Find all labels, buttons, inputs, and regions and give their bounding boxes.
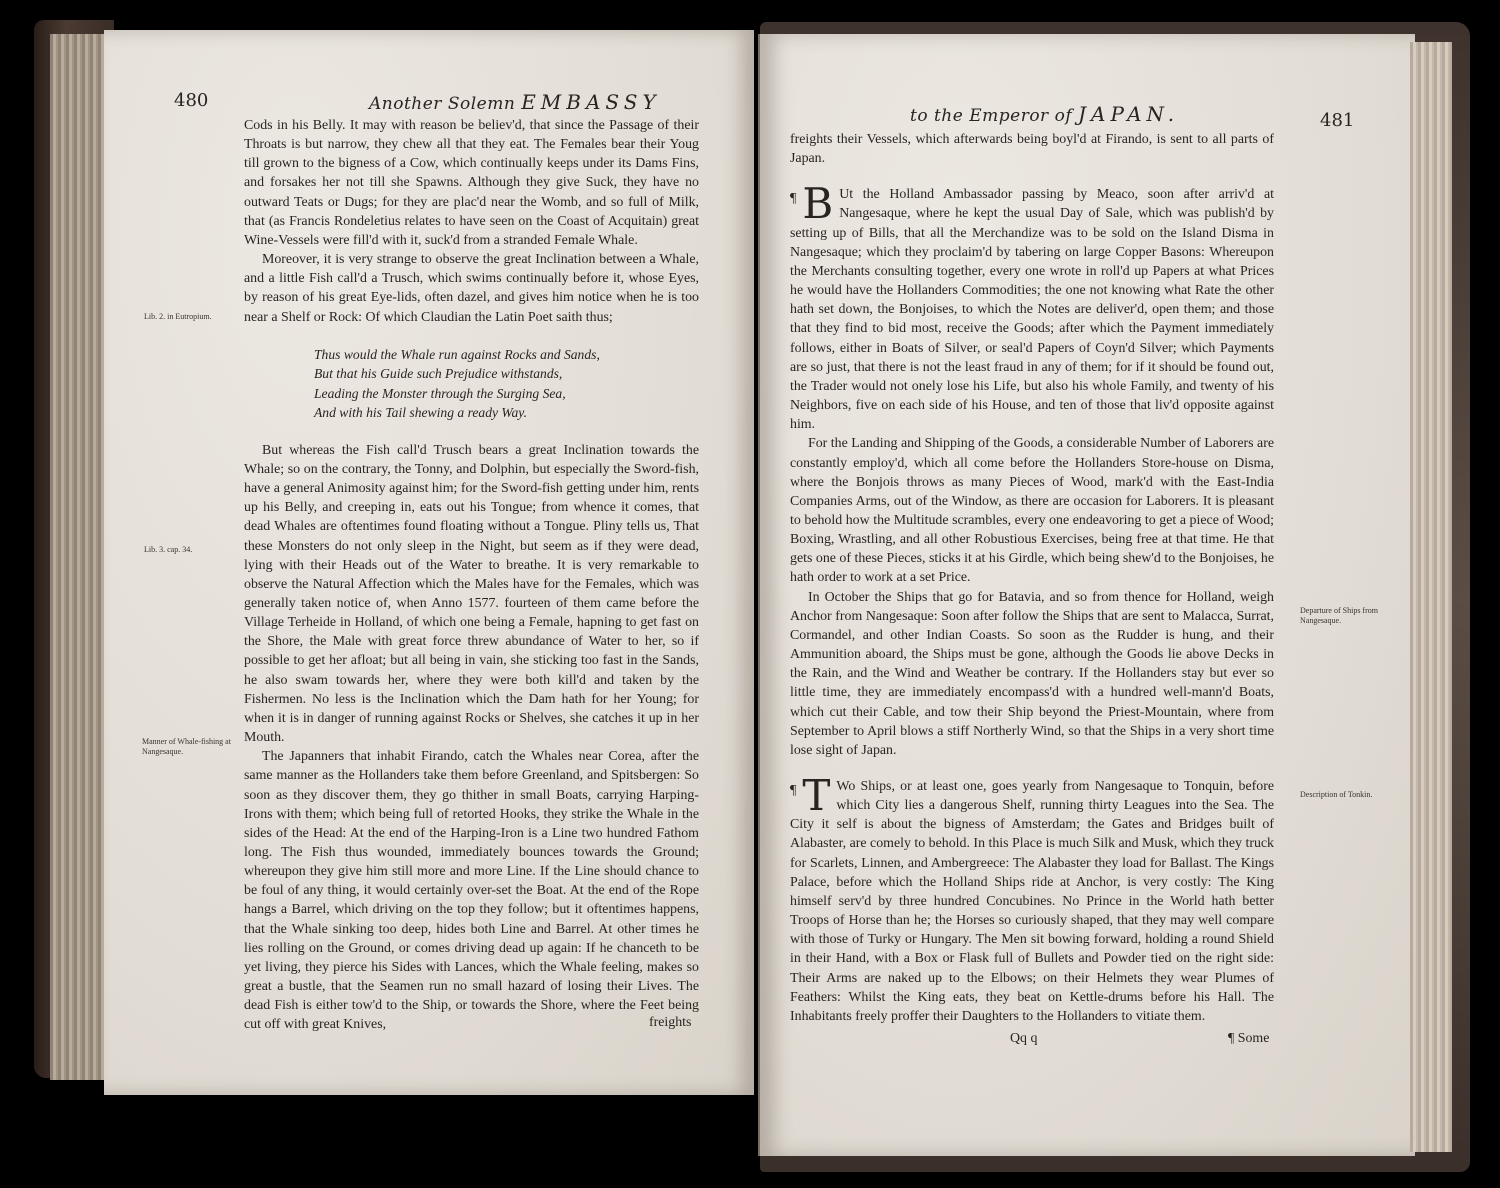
left-page-body: Cods in his Belly. It may with reason be… (244, 116, 699, 1035)
paragraph: The Japanners that inhabit Firando, catc… (244, 747, 699, 1034)
paragraph: But whereas the Fish call'd Trusch bears… (244, 441, 699, 748)
right-page-block-edge (1410, 42, 1452, 1152)
paragraph: Cods in his Belly. It may with reason be… (244, 116, 699, 250)
running-head: to the Emperor of JAPAN. (910, 102, 1179, 126)
pilcrow-icon: ¶ (790, 781, 796, 800)
section: ¶ T Wo Ships, or at least one, goes year… (790, 777, 1274, 1026)
paragraph: freights their Vessels, which afterwards… (790, 130, 1274, 168)
verse-block: Thus would the Whale run against Rocks a… (314, 345, 699, 423)
right-page: to the Emperor of JAPAN. 481 Departure o… (758, 34, 1415, 1156)
right-page-body: freights their Vessels, which afterwards… (790, 130, 1274, 1026)
paragraph: Wo Ships, or at least one, goes yearly f… (790, 777, 1274, 1026)
margin-note: Description of Tonkin. (1300, 790, 1395, 800)
paragraph: Moreover, it is very strange to observe … (244, 250, 699, 327)
open-book: 480 Another Solemn EMBASSY Lib. 2. in Eu… (0, 0, 1500, 1188)
drop-cap: B (802, 187, 833, 221)
page-number: 480 (174, 90, 208, 111)
verse-line: And with his Tail shewing a ready Way. (314, 403, 699, 423)
pilcrow-icon: ¶ (790, 189, 796, 208)
running-head-caps: JAPAN. (1078, 102, 1179, 126)
running-head-caps: EMBASSY (521, 90, 660, 114)
running-head-prefix: Another Solemn (369, 94, 515, 114)
paragraph: Ut the Holland Ambassador passing by Mea… (790, 185, 1274, 434)
margin-note: Manner of Whale-fishing at Nangesaque. (142, 737, 232, 757)
running-head-prefix: to the Emperor of (910, 106, 1072, 126)
margin-note: Lib. 3. cap. 34. (144, 545, 234, 555)
section: ¶ B Ut the Holland Ambassador passing by… (790, 185, 1274, 760)
running-head: Another Solemn EMBASSY (369, 90, 661, 114)
drop-cap: T (802, 779, 830, 813)
verse-line: But that his Guide such Prejudice withst… (314, 364, 699, 384)
left-page: 480 Another Solemn EMBASSY Lib. 2. in Eu… (104, 30, 754, 1095)
catchword: ¶ Some (1228, 1031, 1269, 1047)
margin-note: Departure of Ships from Nangesaque. (1300, 606, 1395, 626)
signature-mark: Qq q (1010, 1031, 1037, 1047)
catchword: freights (649, 1015, 691, 1031)
paragraph: In October the Ships that go for Batavia… (790, 588, 1274, 760)
verse-line: Leading the Monster through the Surging … (314, 384, 699, 404)
page-number: 481 (1320, 110, 1354, 131)
paragraph: For the Landing and Shipping of the Good… (790, 434, 1274, 587)
margin-note: Lib. 2. in Eutropium. (144, 312, 234, 322)
verse-line: Thus would the Whale run against Rocks a… (314, 345, 699, 365)
